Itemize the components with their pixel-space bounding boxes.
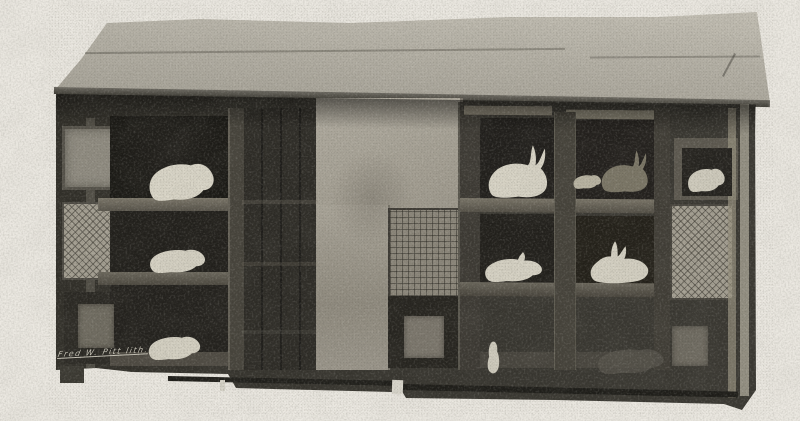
door-rail xyxy=(242,330,318,334)
frame-post xyxy=(554,112,576,370)
door-lintel xyxy=(464,106,552,116)
halftone-photo: Fred W. Pitt lith. xyxy=(0,0,800,421)
leg-highlight xyxy=(392,380,403,394)
rabbit-grey-faint xyxy=(594,340,666,376)
rabbit-white-small-end xyxy=(686,160,726,194)
door-rail xyxy=(242,262,318,266)
frame-post xyxy=(458,102,480,370)
rabbit-white-lying xyxy=(147,241,207,275)
leg-highlight xyxy=(220,380,225,391)
small-hatch-panel xyxy=(404,316,444,358)
rabbit-white-ears-up xyxy=(586,240,652,284)
door-lintel xyxy=(566,110,654,120)
rabbit-kit-standing xyxy=(484,340,504,374)
rabbit-white-ears-up xyxy=(484,142,550,200)
door-rail xyxy=(242,200,318,204)
rabbit-white-lying xyxy=(146,150,216,204)
frame-post xyxy=(654,108,670,370)
rabbit-grey-ears-up xyxy=(598,148,650,194)
corner-trim xyxy=(740,104,749,396)
mesh-door-panel xyxy=(388,208,462,298)
gable-lower-door-panel xyxy=(78,304,114,348)
rabbit-white-crouched xyxy=(482,250,544,284)
rabbit-white-lying xyxy=(146,328,202,362)
hutch-leg xyxy=(60,366,84,383)
small-hatch-panel xyxy=(672,326,708,366)
end-mesh-panel xyxy=(670,204,734,300)
